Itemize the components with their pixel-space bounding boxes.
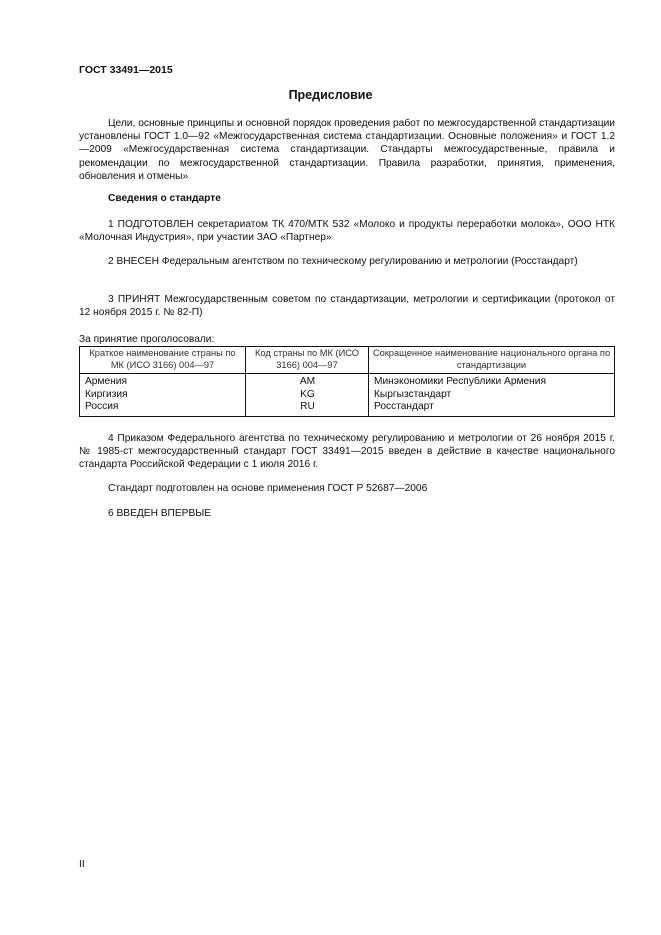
national-body: Минэкономики Республики Армения	[374, 376, 610, 389]
national-bodies-cell: Минэкономики Республики Армения Кыргызст…	[369, 374, 615, 417]
header-country-code: Код страны по МК (ИСО 3166) 004—97	[246, 347, 369, 374]
page-title: Предисловие	[0, 89, 661, 102]
item-basis: Стандарт подготовлен на основе применени…	[108, 482, 427, 495]
country-names-cell: Армения Киргизия Россия	[80, 374, 246, 417]
national-body: Кыргызстандарт	[374, 389, 610, 402]
item-prepared: 1 ПОДГОТОВЛЕН секретариатом ТК 470/МТК 5…	[79, 218, 615, 244]
country-codes-cell: AM KG RU	[246, 374, 369, 417]
item-adopted: 3 ПРИНЯТ Межгосударственным советом по с…	[79, 293, 615, 319]
header-national-body: Сокращенное наименование национального о…	[369, 347, 615, 374]
votes-caption: За принятие проголосовали:	[79, 333, 214, 346]
page-number: II	[79, 858, 85, 871]
votes-table: Краткое наименование страны по МК (ИСО 3…	[79, 346, 615, 417]
item-introduced: 2 ВНЕСЕН Федеральным агентством по техни…	[79, 255, 615, 268]
document-code: ГОСТ 33491—2015	[79, 64, 173, 77]
intro-paragraph: Цели, основные принципы и основной поряд…	[79, 117, 615, 183]
country-name: Россия	[85, 401, 241, 414]
country-code: AM	[251, 376, 364, 389]
item-first-introduced: 6 ВВЕДЕН ВПЕРВЫЕ	[108, 507, 211, 520]
country-name: Армения	[85, 376, 241, 389]
votes-table-header-row: Краткое наименование страны по МК (ИСО 3…	[80, 347, 615, 374]
table-row: Армения Киргизия Россия AM KG RU Минэкон…	[80, 374, 615, 417]
country-code: KG	[251, 389, 364, 402]
header-country-name: Краткое наименование страны по МК (ИСО 3…	[80, 347, 246, 374]
country-code: RU	[251, 401, 364, 414]
section-heading: Сведения о стандарте	[108, 192, 221, 205]
item-enacted: 4 Приказом Федерального агентства по тех…	[79, 432, 615, 472]
national-body: Росстандарт	[374, 401, 610, 414]
country-name: Киргизия	[85, 389, 241, 402]
